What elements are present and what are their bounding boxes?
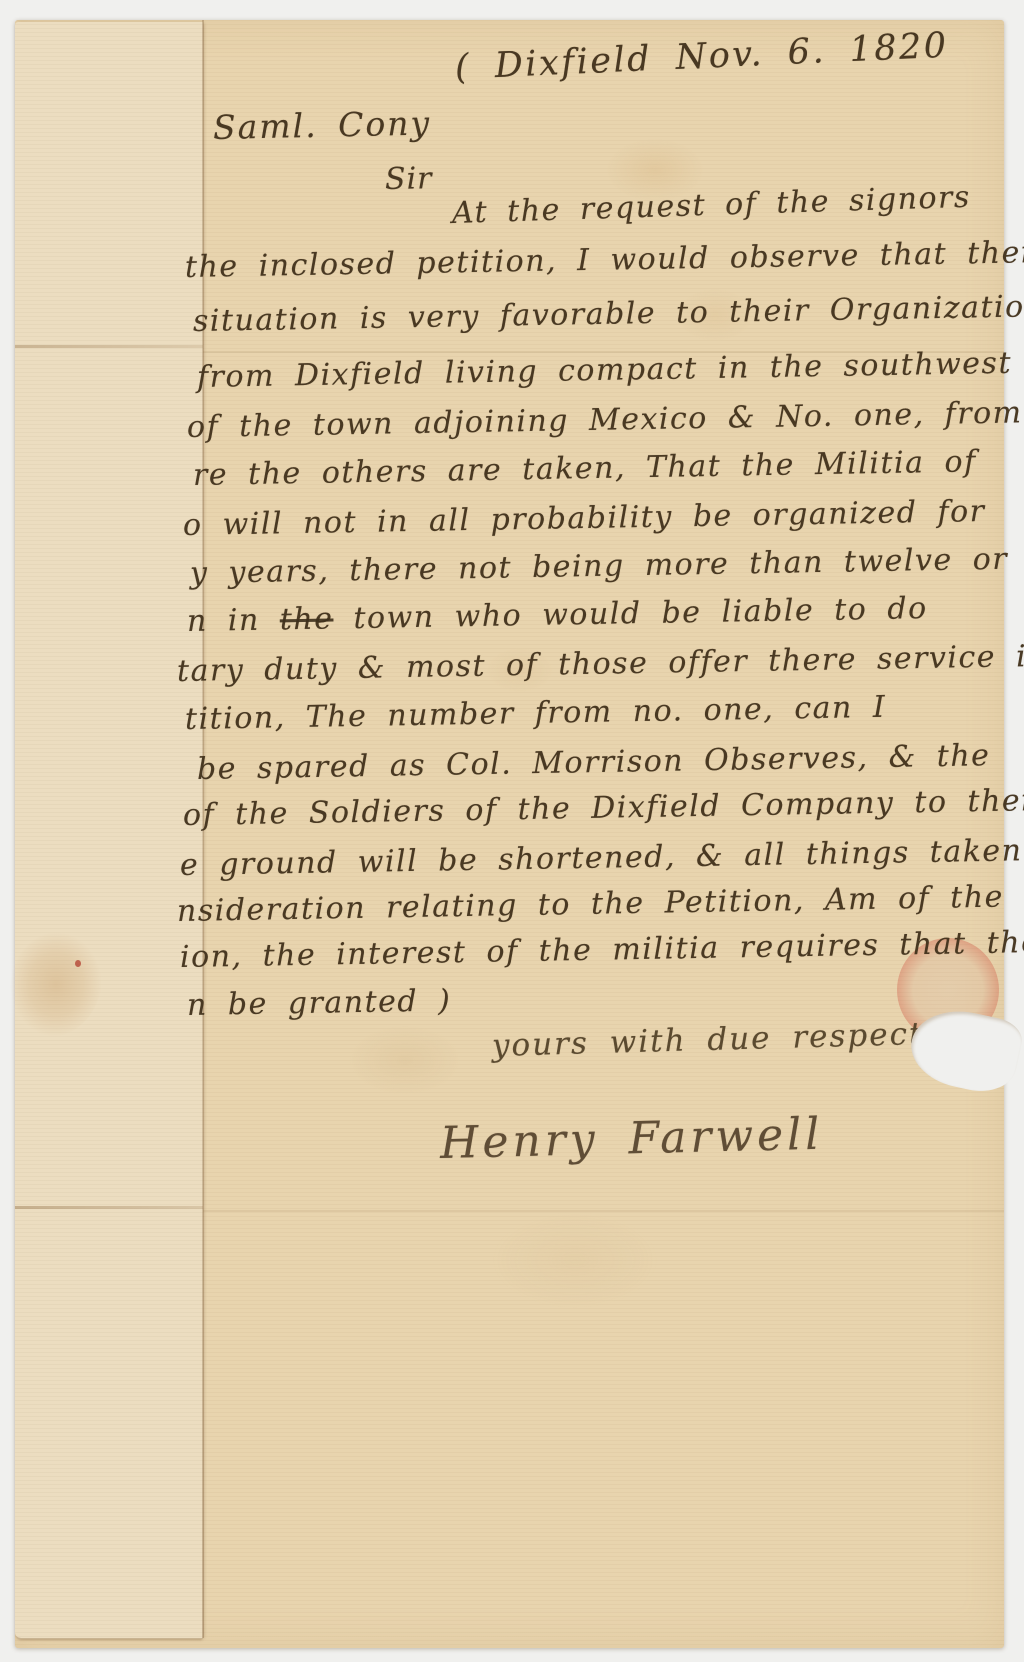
letter-line: n be granted ): [187, 983, 452, 1023]
letter-line: tition, The number from no. one, can I: [185, 690, 887, 737]
line-text: nsideration relating to the Petition, Am…: [177, 880, 1005, 929]
line-text: n in: [187, 602, 280, 639]
recipient-line: Saml. Cony: [213, 103, 432, 147]
left-stain-red-dot: [75, 960, 81, 967]
line-text: be spared as Col. Morrison Observes, & t…: [197, 738, 991, 787]
salutation-line: Sir: [385, 161, 433, 197]
line-text: ion, the interest of the militia require…: [180, 925, 1024, 975]
line-text: tary duty & most of those offer there se…: [177, 639, 1024, 689]
letter-line: o will not in all probability be organiz…: [183, 494, 986, 543]
letter-line: y years, there not being more than twelv…: [190, 542, 1009, 591]
letter-line: ion, the interest of the militia require…: [180, 925, 1024, 975]
closing-text: yours with due respect: [491, 1016, 923, 1064]
date-line: ( Dixfield Nov. 6. 1820: [454, 26, 949, 88]
line-text: o will not in all probability be organiz…: [183, 494, 986, 543]
letter-line: the inclosed petition, I would observe t…: [185, 235, 1024, 285]
folded-flap: [15, 22, 203, 1639]
struck-word: the: [279, 601, 333, 637]
fold-crease: [203, 1210, 1004, 1212]
opening-line: At the request of the signors: [451, 180, 971, 231]
letter-line: of the Soldiers of the Dixfield Company …: [183, 783, 1024, 833]
salutation-text: Sir: [385, 161, 433, 197]
line-text: re the others are taken, That the Militi…: [193, 444, 977, 493]
date-text: ( Dixfield Nov. 6. 1820: [454, 26, 949, 88]
opening-text: At the request of the signors: [451, 180, 971, 231]
line-text: of the Soldiers of the Dixfield Company …: [183, 783, 1024, 833]
line-text: e ground will be shortened, & all things…: [180, 833, 1023, 883]
signature-text: Henry Farwell: [439, 1109, 823, 1169]
letter-line: e ground will be shortened, & all things…: [180, 833, 1023, 883]
letter-line: from Dixfield living compact in the sout…: [197, 346, 1013, 395]
letter-line: of the town adjoining Mexico & No. one, …: [187, 395, 1023, 445]
line-text: the inclosed petition, I would observe t…: [185, 235, 1024, 285]
line-text: of the town adjoining Mexico & No. one, …: [187, 395, 1023, 445]
line-text: tition, The number from no. one, can I: [185, 690, 887, 737]
line-text: situation is very favorable to their Org…: [193, 289, 1024, 339]
line-text: from Dixfield living compact in the sout…: [197, 346, 1013, 395]
letter-paper: ( Dixfield Nov. 6. 1820 Saml. Cony Sir A…: [15, 20, 1004, 1648]
line-text: town who would be liable to do: [333, 591, 928, 636]
letter-line: re the others are taken, That the Militi…: [193, 444, 977, 493]
letter-line: tary duty & most of those offer there se…: [177, 639, 1024, 689]
letter-line-struck-word: n in the town who would be liable to do: [187, 591, 928, 639]
recipient-text: Saml. Cony: [213, 103, 432, 147]
letter-line: situation is very favorable to their Org…: [193, 289, 1024, 339]
line-text: y years, there not being more than twelv…: [190, 542, 1009, 591]
closing-line: yours with due respect: [491, 1016, 923, 1064]
letter-line: nsideration relating to the Petition, Am…: [177, 880, 1005, 929]
signature: Henry Farwell: [439, 1109, 823, 1169]
letter-line: be spared as Col. Morrison Observes, & t…: [197, 738, 991, 787]
scan-background: ( Dixfield Nov. 6. 1820 Saml. Cony Sir A…: [0, 0, 1024, 1662]
line-text: n be granted ): [187, 983, 452, 1023]
